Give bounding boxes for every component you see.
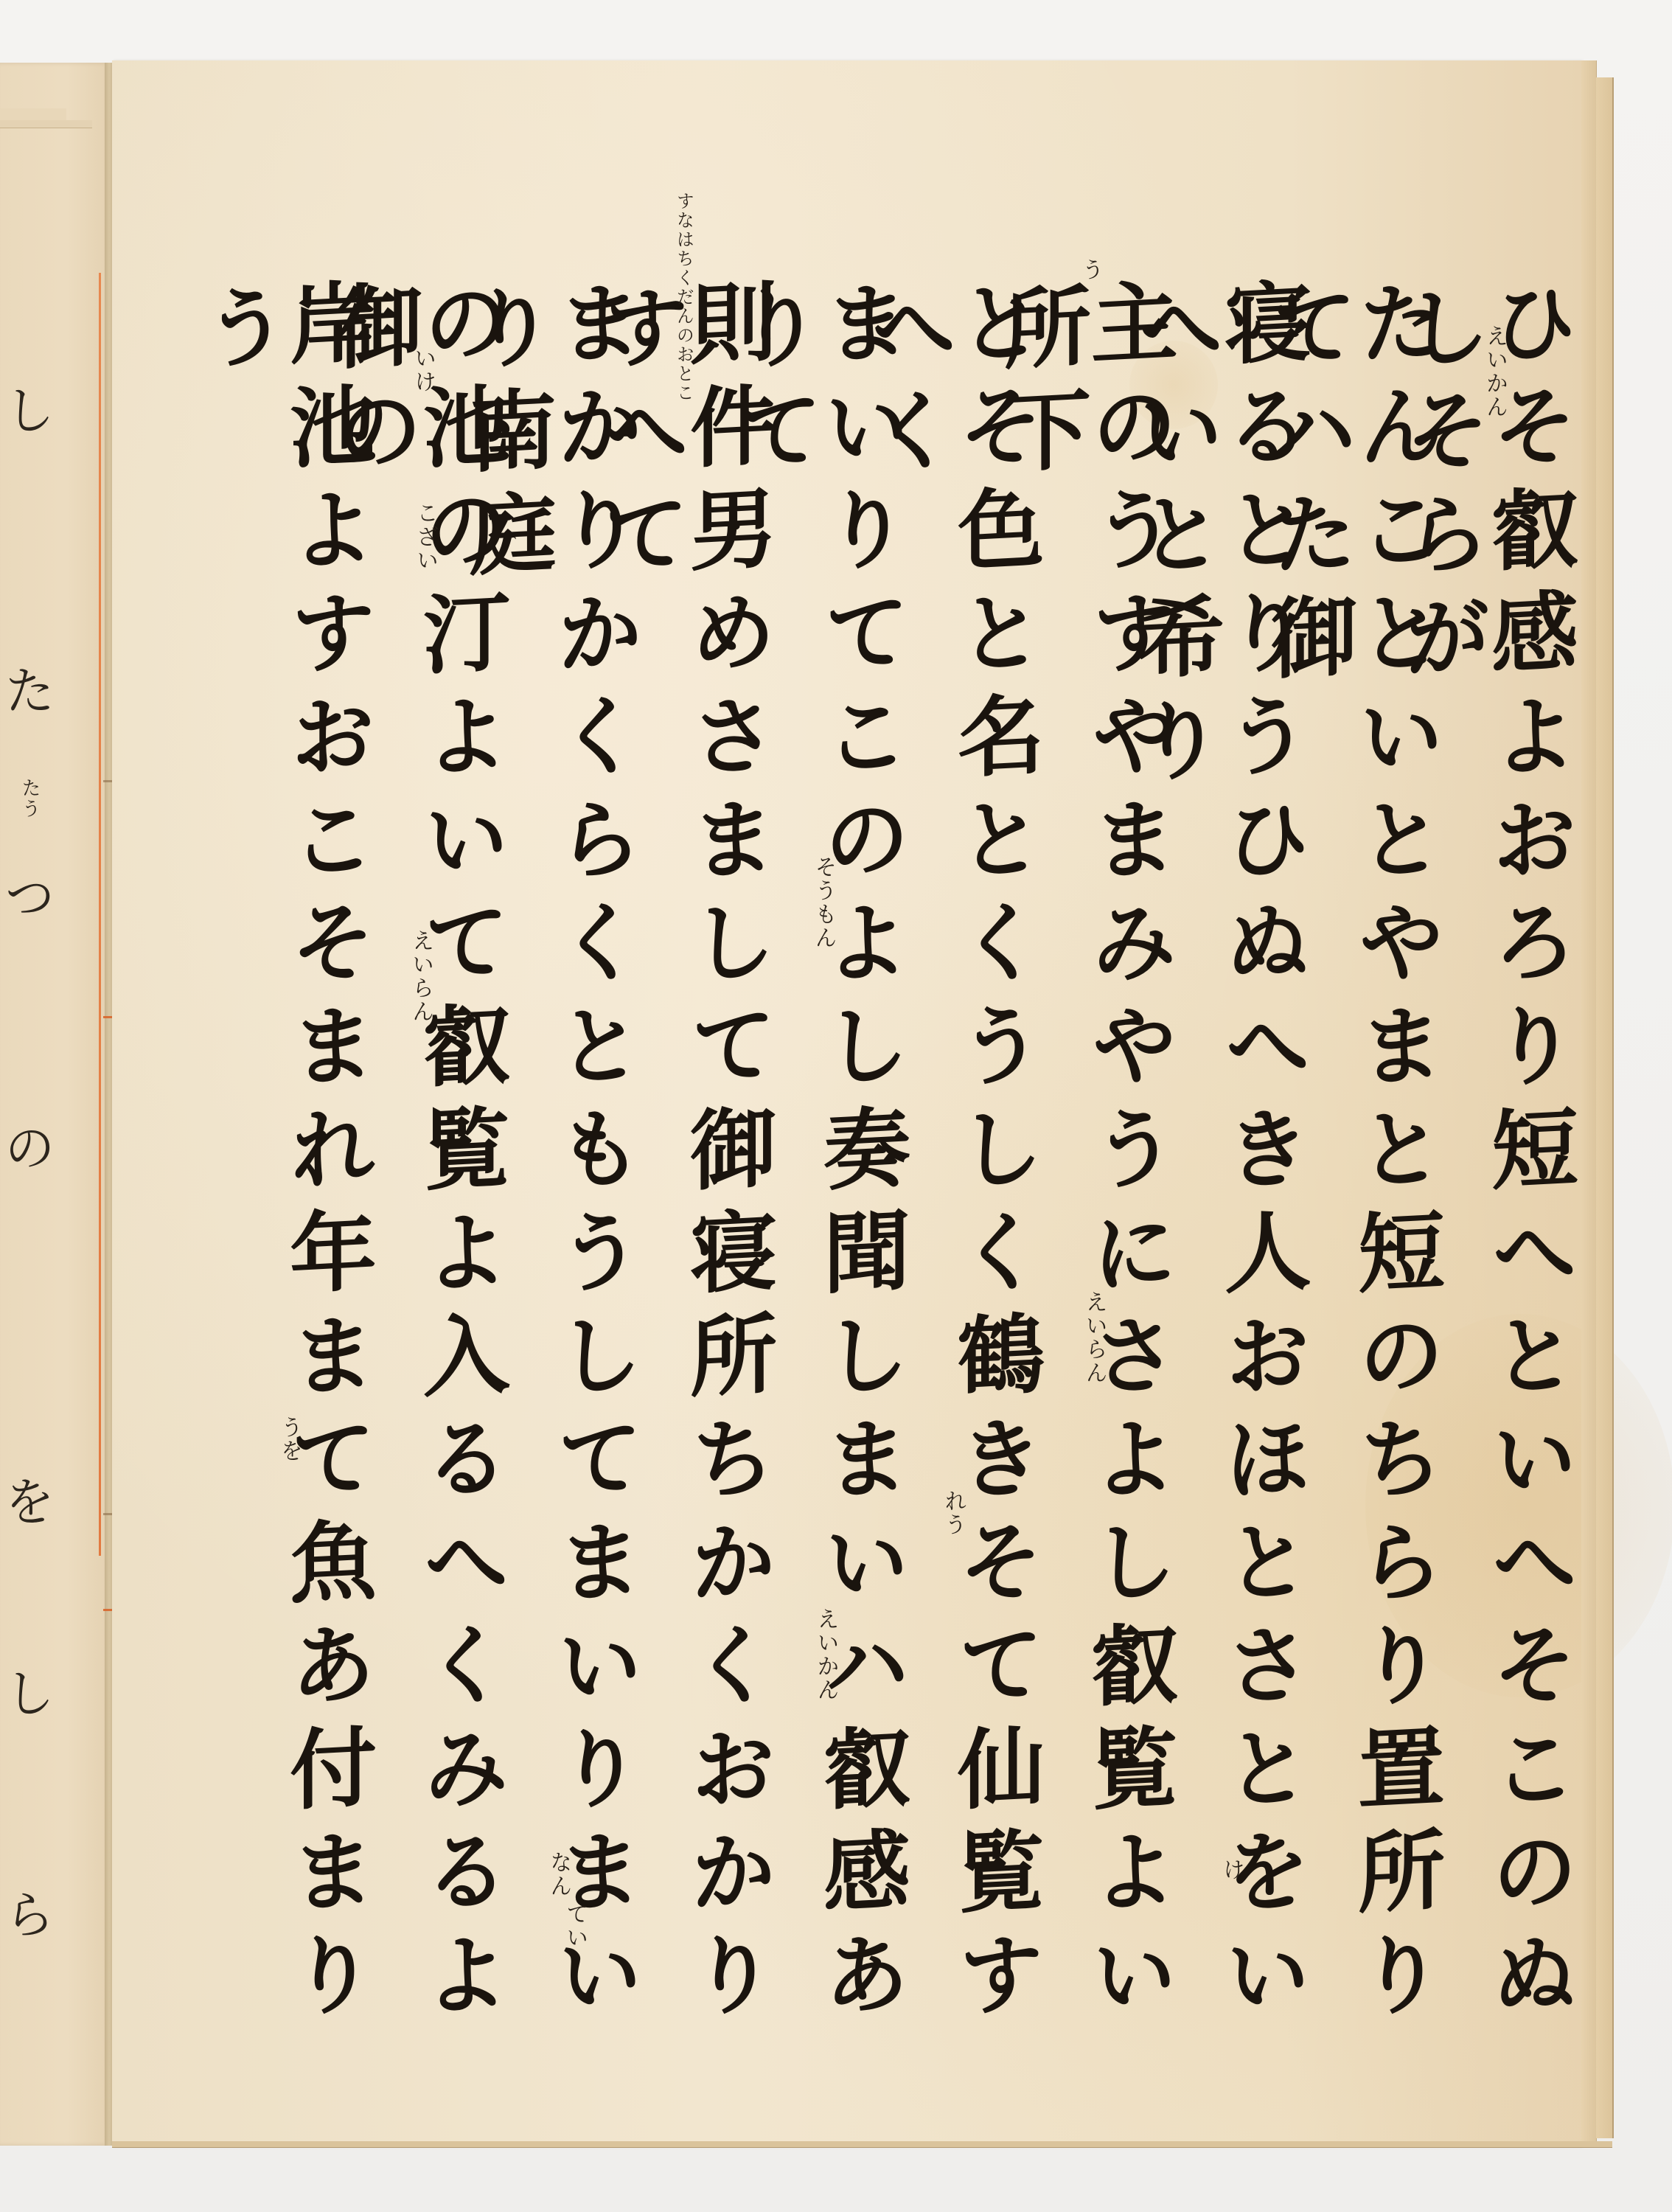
furigana: れう xyxy=(937,1489,969,1537)
page-bottom-edge xyxy=(112,2141,1612,2148)
text-column-10: 岸池よすおこそまれ年まて魚あ付まりう うを xyxy=(188,280,299,2065)
manuscript-text-columns: ひそ叡感よおろり短へといへそこのぬしそらが えいかん たんこといとやまと短のちら… xyxy=(188,280,1500,2065)
furigana: そうもん xyxy=(807,855,839,950)
furigana: なん xyxy=(542,1851,574,1898)
left-page-text-fragment: た xyxy=(0,664,52,715)
furigana: け xyxy=(1215,1858,1247,1882)
left-page-text-fragment: つ xyxy=(0,870,52,922)
page-stack-edge xyxy=(1581,60,1597,2143)
page-stack-edge xyxy=(1596,77,1614,2138)
furigana: すなはちくだんのおとこ xyxy=(671,192,697,403)
left-page-stacked-leaf xyxy=(0,120,92,128)
furigana: うを xyxy=(273,1416,305,1463)
binding-thread xyxy=(99,273,101,1556)
left-page-text-fragment: ら xyxy=(0,1888,52,1939)
furigana: う xyxy=(1074,258,1107,282)
furigana: てい xyxy=(558,1902,591,1950)
left-page-text-fragment: の xyxy=(0,1121,52,1172)
column-text: 岸池よすおこそまれ年まて魚あ付まりう xyxy=(195,276,369,2069)
furigana: えいかん xyxy=(809,1607,841,1702)
left-page-text-fragment: し xyxy=(0,383,52,435)
furigana: えいらん xyxy=(1078,1290,1110,1385)
left-page xyxy=(0,63,111,2146)
furigana: えいらん xyxy=(404,929,436,1023)
furigana: いけ xyxy=(406,347,439,394)
furigana: こざい xyxy=(408,501,441,572)
furigana: えいかん xyxy=(1478,324,1511,419)
left-page-text-fragment: し xyxy=(0,1666,52,1718)
left-page-ruby-fragment: たう xyxy=(16,778,43,819)
left-page-text-fragment: を xyxy=(0,1475,52,1526)
